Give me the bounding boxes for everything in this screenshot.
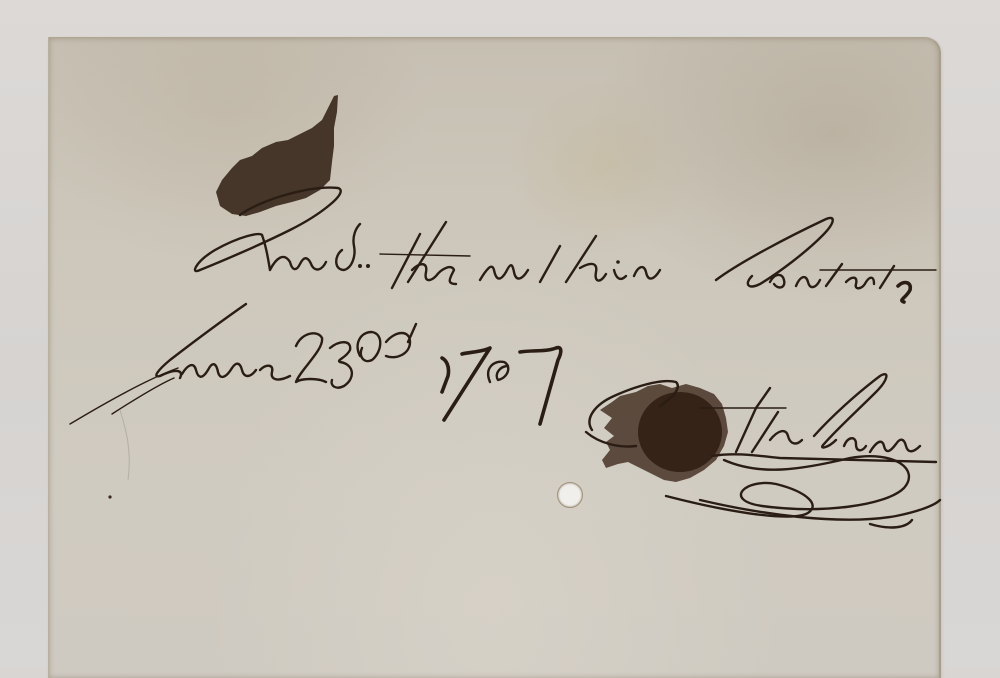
line-2-23d bbox=[296, 324, 416, 388]
paper-speck bbox=[108, 495, 111, 498]
line-2-june bbox=[70, 304, 290, 424]
ink-blot-core bbox=[638, 392, 722, 472]
line-2-year-1767 bbox=[442, 348, 561, 424]
line-1-contents bbox=[716, 218, 936, 302]
line-1-within bbox=[480, 236, 660, 282]
paper-crease bbox=[120, 410, 129, 480]
handwriting-layer bbox=[0, 0, 1000, 667]
line-1-the bbox=[380, 222, 470, 288]
